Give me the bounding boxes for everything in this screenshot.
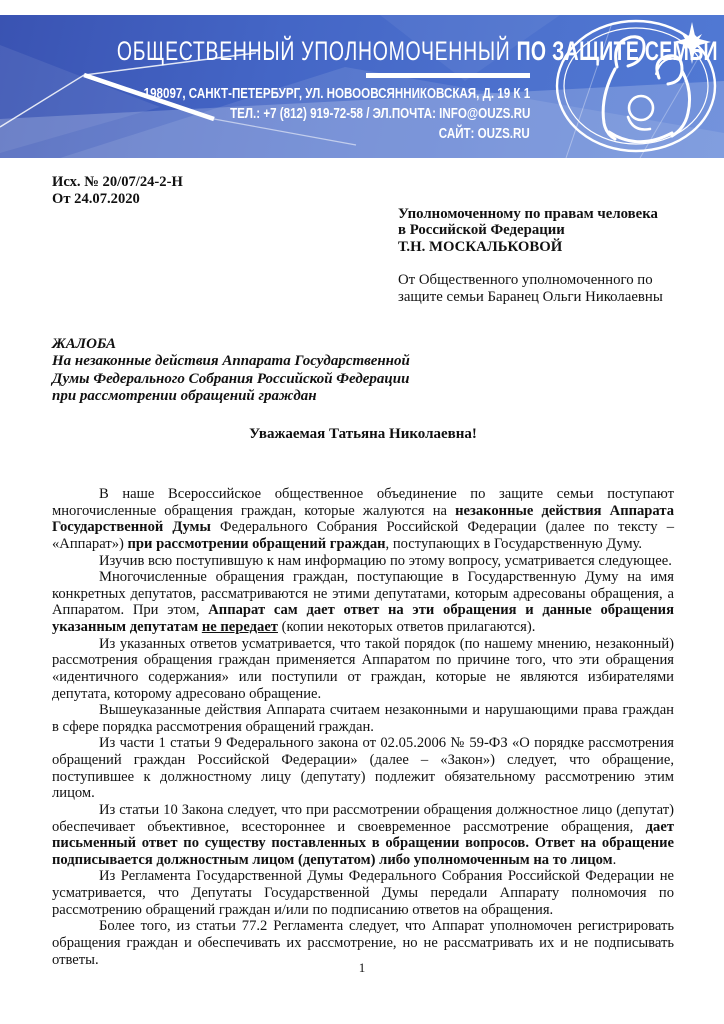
salutation: Уважаемая Татьяна Николаевна! <box>52 426 674 443</box>
paragraph: Многочисленные обращения граждан, поступ… <box>52 569 674 636</box>
subject-line: при рассмотрении обращений граждан <box>52 388 532 405</box>
paragraph: В наше Всероссийское общественное объеди… <box>52 486 674 553</box>
subject-block: ЖАЛОБА На незаконные действия Аппарата Г… <box>52 336 532 405</box>
subject-line: Думы Федерального Собрания Российской Фе… <box>52 371 532 388</box>
contact-line: ТЕЛ.: +7 (812) 919-72-58 / ЭЛ.ПОЧТА: INF… <box>0 104 530 124</box>
document-page: ОБЩЕСТВЕННЫЙ УПОЛНОМОЧЕННЫЙ ПО ЗАЩИТЕ СЕ… <box>0 0 724 1024</box>
paragraph: Вышеуказанные действия Аппарата считаем … <box>52 702 674 735</box>
addressee-line: Уполномоченному по правам человека <box>398 206 678 222</box>
letterhead-banner: ОБЩЕСТВЕННЫЙ УПОЛНОМОЧЕННЫЙ ПО ЗАЩИТЕ СЕ… <box>0 15 724 158</box>
letter-date: От 24.07.2020 <box>52 191 183 208</box>
page-number: 1 <box>0 960 724 976</box>
paragraph: Из статьи 10 Закона следует, что при рас… <box>52 802 674 869</box>
addressee-block: Уполномоченному по правам человека в Рос… <box>398 206 678 305</box>
addressee-line: Т.Н. МОСКАЛЬКОВОЙ <box>398 239 678 255</box>
organization-title: ОБЩЕСТВЕННЫЙ УПОЛНОМОЧЕННЫЙ ПО ЗАЩИТЕ СЕ… <box>0 36 549 66</box>
sender-block: От Общественного уполномоченного по защи… <box>398 272 678 305</box>
addressee-line: в Российской Федерации <box>398 222 678 238</box>
website-line: САЙТ: OUZS.RU <box>0 124 530 144</box>
paragraph: Из части 1 статьи 9 Федерального закона … <box>52 735 674 802</box>
organization-title-light: ОБЩЕСТВЕННЫЙ УПОЛНОМОЧЕННЫЙ <box>117 36 517 66</box>
paragraph: Из указанных ответов усматривается, что … <box>52 636 674 703</box>
subject-title: ЖАЛОБА <box>52 336 532 353</box>
paragraph: Изучив всю поступившую к нам информацию … <box>52 553 674 570</box>
subject-line: На незаконные действия Аппарата Государс… <box>52 353 532 370</box>
paragraph: Из Регламента Государственной Думы Федер… <box>52 868 674 918</box>
divider-bar <box>366 73 530 78</box>
banner-text-block: ОБЩЕСТВЕННЫЙ УПОЛНОМОЧЕННЫЙ ПО ЗАЩИТЕ СЕ… <box>0 15 549 158</box>
reference-block: Исх. № 20/07/24-2-Н От 24.07.2020 <box>52 174 183 207</box>
outgoing-number: Исх. № 20/07/24-2-Н <box>52 174 183 191</box>
sender-line: защите семьи Баранец Ольги Николаевны <box>398 289 678 305</box>
address-line: 198097, САНКТ-ПЕТЕРБУРГ, УЛ. НОВООВСЯННИ… <box>0 84 530 104</box>
sender-line: От Общественного уполномоченного по <box>398 272 678 288</box>
family-logo-icon <box>549 15 724 158</box>
body-paragraphs: В наше Всероссийское общественное объеди… <box>52 486 674 968</box>
